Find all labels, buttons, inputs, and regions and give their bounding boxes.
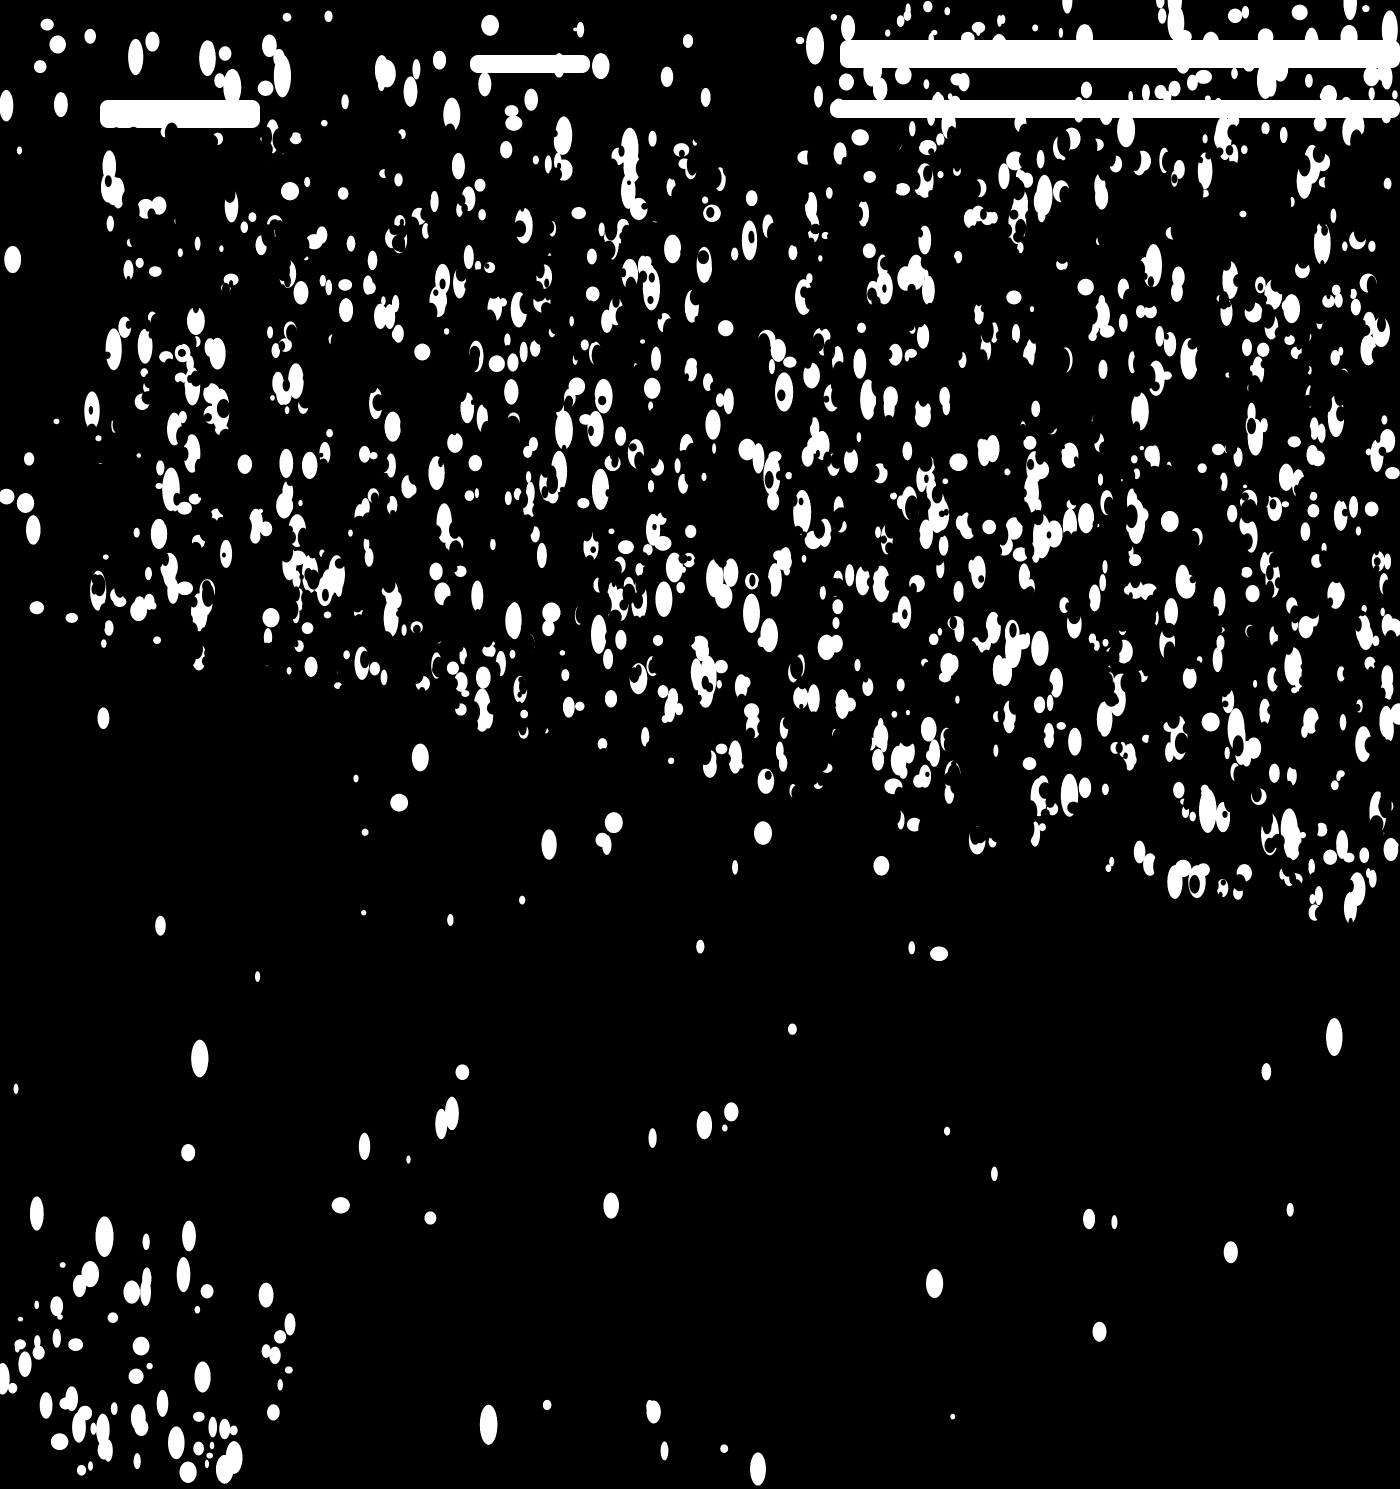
- binarized-photo: [0, 0, 1400, 1489]
